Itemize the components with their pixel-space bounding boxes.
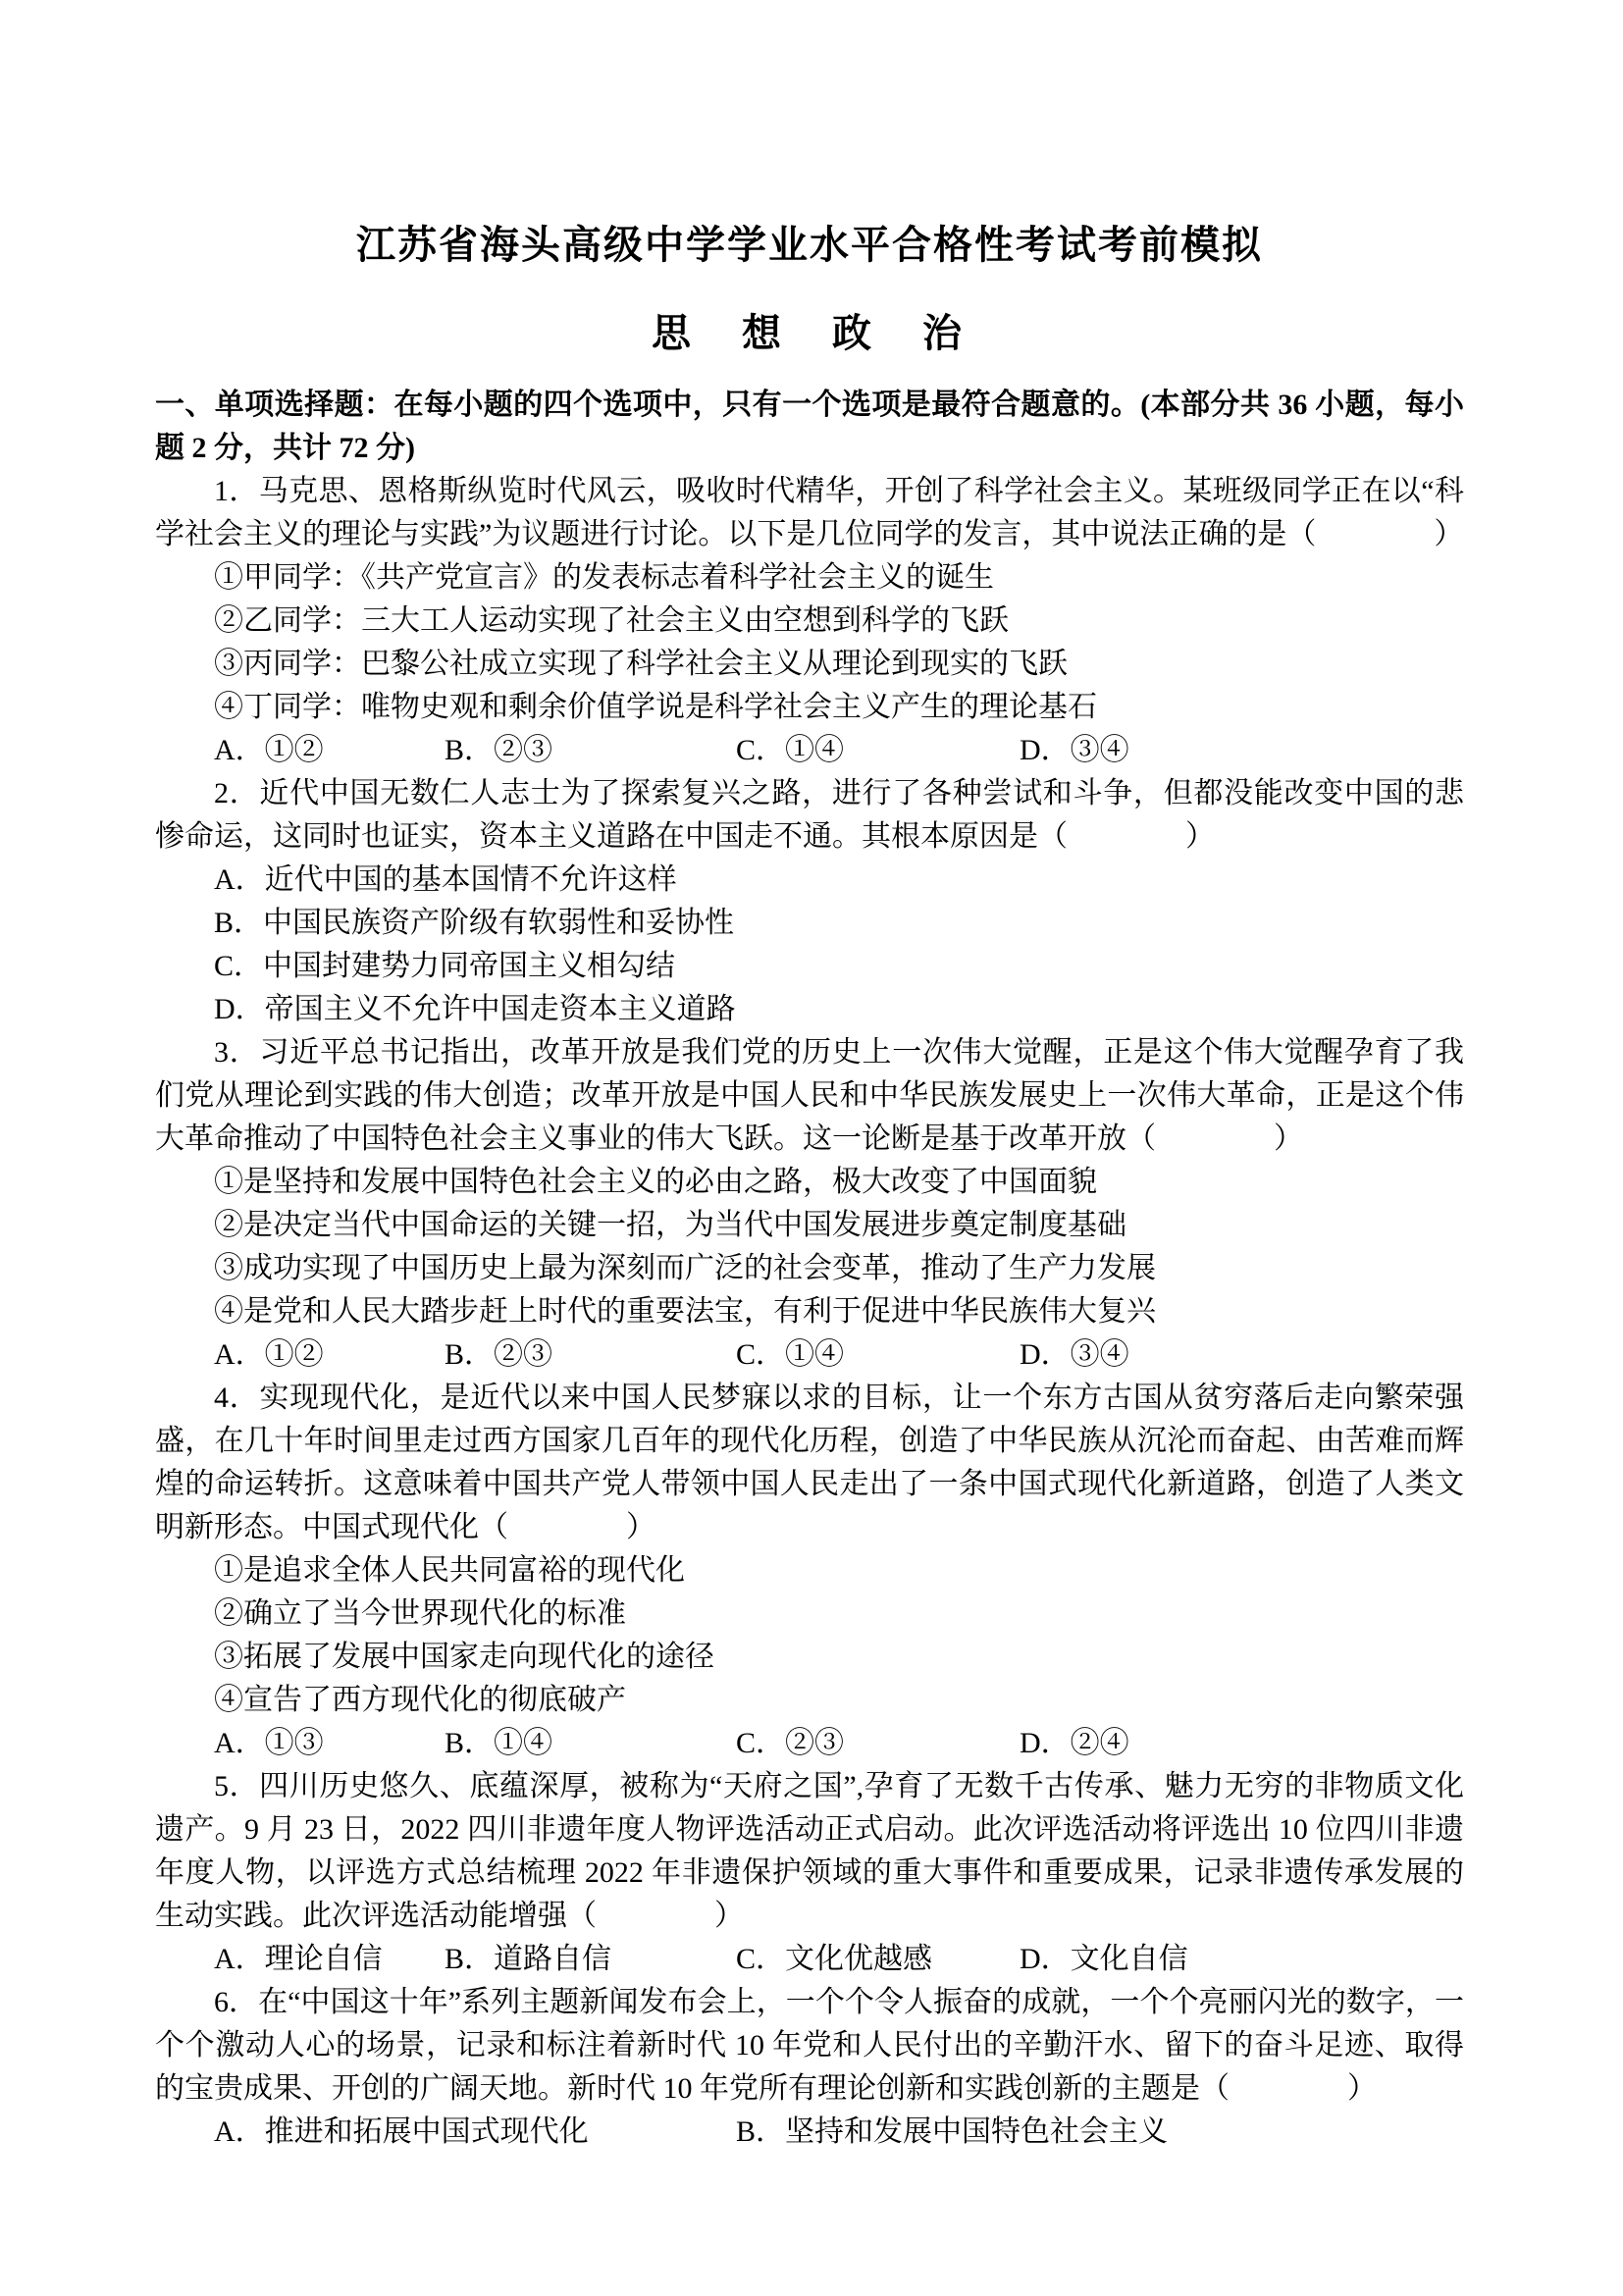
question-subitem: ①是坚持和发展中国特色社会主义的必由之路，极大改变了中国面貌 bbox=[155, 1161, 1464, 1204]
choice-option: A．①③ bbox=[214, 1722, 445, 1765]
exam-page: 江苏省海头高级中学学业水平合格性考试考前模拟 思 想 政 治 一、单项选择题：在… bbox=[0, 0, 1623, 2296]
choice-option: A．理论自信 bbox=[214, 1938, 445, 1981]
question-2: 2．近代中国无数仁人志士为了探索复兴之路，进行了各种尝试和斗争，但都没能改变中国… bbox=[155, 772, 1464, 1031]
choice-option: C．②③ bbox=[736, 1722, 1020, 1765]
choices-row: A．理论自信B．道路自信C．文化优越感D．文化自信 bbox=[155, 1938, 1464, 1981]
choice-option: D．③④ bbox=[1020, 1333, 1129, 1377]
choice-option: B．①④ bbox=[445, 1722, 736, 1765]
choice-option: D．③④ bbox=[1020, 729, 1129, 772]
choice-option: A．①② bbox=[214, 1333, 445, 1377]
choice-option: A．推进和拓展中国式现代化 bbox=[214, 2111, 736, 2154]
choice-option: C．①④ bbox=[736, 729, 1020, 772]
choices-row: A．①③B．①④C．②③D．②④ bbox=[155, 1722, 1464, 1765]
question-list: 1．马克思、恩格斯纵览时代风云，吸收时代精华，开创了科学社会主义。某班级同学正在… bbox=[155, 470, 1464, 2154]
choice-option: C．中国封建势力同帝国主义相勾结 bbox=[155, 945, 1464, 988]
question-stem: 1．马克思、恩格斯纵览时代风云，吸收时代精华，开创了科学社会主义。某班级同学正在… bbox=[155, 470, 1464, 556]
question-subitem: ④丁同学：唯物史观和剩余价值学说是科学社会主义产生的理论基石 bbox=[155, 686, 1464, 729]
question-subitem: ④宣告了西方现代化的彻底破产 bbox=[155, 1679, 1464, 1722]
choices-row: A．①②B．②③C．①④D．③④ bbox=[155, 729, 1464, 772]
choice-option: D．②④ bbox=[1020, 1722, 1129, 1765]
choice-option: B．②③ bbox=[445, 729, 736, 772]
question-stem: 6．在“中国这十年”系列主题新闻发布会上，一个个令人振奋的成就，一个个亮丽闪光的… bbox=[155, 1981, 1464, 2111]
question-subitem: ①甲同学：《共产党宣言》的发表标志着科学社会主义的诞生 bbox=[155, 556, 1464, 600]
choices-row: A．推进和拓展中国式现代化B．坚持和发展中国特色社会主义 bbox=[155, 2111, 1464, 2154]
question-subitem: ④是党和人民大踏步赶上时代的重要法宝，有利于促进中华民族伟大复兴 bbox=[155, 1290, 1464, 1333]
question-6: 6．在“中国这十年”系列主题新闻发布会上，一个个令人振奋的成就，一个个亮丽闪光的… bbox=[155, 1981, 1464, 2154]
question-subitem: ③拓展了发展中国家走向现代化的途径 bbox=[155, 1636, 1464, 1679]
choice-option: B．坚持和发展中国特色社会主义 bbox=[736, 2111, 1027, 2154]
question-3: 3．习近平总书记指出，改革开放是我们党的历史上一次伟大觉醒，正是这个伟大觉醒孕育… bbox=[155, 1031, 1464, 1377]
choice-option: A．近代中国的基本国情不允许这样 bbox=[155, 859, 1464, 902]
choices-row: A．①②B．②③C．①④D．③④ bbox=[155, 1333, 1464, 1377]
choice-option: B．中国民族资产阶级有软弱性和妥协性 bbox=[155, 902, 1464, 945]
question-stem: 4．实现现代化，是近代以来中国人民梦寐以求的目标，让一个东方古国从贫穷落后走向繁… bbox=[155, 1377, 1464, 1549]
question-stem: 5．四川历史悠久、底蕴深厚，被称为“天府之国”,孕育了无数千古传承、魅力无穷的非… bbox=[155, 1765, 1464, 1938]
section-instructions: 一、单项选择题：在每小题的四个选项中，只有一个选项是最符合题意的。(本部分共 3… bbox=[155, 384, 1464, 470]
exam-title: 江苏省海头高级中学学业水平合格性考试考前模拟 bbox=[155, 221, 1464, 270]
choice-option: B．道路自信 bbox=[445, 1938, 736, 1981]
question-subitem: ②确立了当今世界现代化的标准 bbox=[155, 1592, 1464, 1636]
choice-option: A．①② bbox=[214, 729, 445, 772]
question-stem: 3．习近平总书记指出，改革开放是我们党的历史上一次伟大觉醒，正是这个伟大觉醒孕育… bbox=[155, 1031, 1464, 1161]
question-subitem: ③成功实现了中国历史上最为深刻而广泛的社会变革，推动了生产力发展 bbox=[155, 1247, 1464, 1290]
choice-option: D．文化自信 bbox=[1020, 1938, 1188, 1981]
question-subitem: ②乙同学：三大工人运动实现了社会主义由空想到科学的飞跃 bbox=[155, 600, 1464, 643]
choice-option: D．帝国主义不允许中国走资本主义道路 bbox=[155, 988, 1464, 1031]
choice-option: B．②③ bbox=[445, 1333, 736, 1377]
choice-option: C．文化优越感 bbox=[736, 1938, 1020, 1981]
question-stem: 2．近代中国无数仁人志士为了探索复兴之路，进行了各种尝试和斗争，但都没能改变中国… bbox=[155, 772, 1464, 859]
question-1: 1．马克思、恩格斯纵览时代风云，吸收时代精华，开创了科学社会主义。某班级同学正在… bbox=[155, 470, 1464, 772]
choice-option: C．①④ bbox=[736, 1333, 1020, 1377]
question-subitem: ③丙同学：巴黎公社成立实现了科学社会主义从理论到现实的飞跃 bbox=[155, 643, 1464, 686]
question-4: 4．实现现代化，是近代以来中国人民梦寐以求的目标，让一个东方古国从贫穷落后走向繁… bbox=[155, 1377, 1464, 1765]
exam-subject: 思 想 政 治 bbox=[155, 309, 1464, 358]
question-5: 5．四川历史悠久、底蕴深厚，被称为“天府之国”,孕育了无数千古传承、魅力无穷的非… bbox=[155, 1765, 1464, 1981]
question-subitem: ②是决定当代中国命运的关键一招，为当代中国发展进步奠定制度基础 bbox=[155, 1204, 1464, 1247]
question-subitem: ①是追求全体人民共同富裕的现代化 bbox=[155, 1549, 1464, 1592]
